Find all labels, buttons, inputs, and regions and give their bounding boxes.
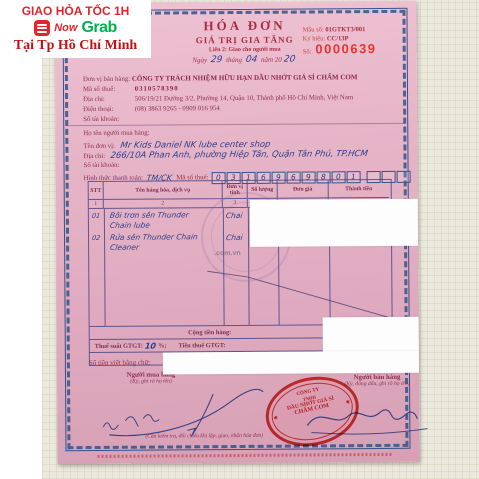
- buyer-unit-handwriting: Mr Kids Daniel NK lube center shop: [120, 139, 271, 150]
- watermark-text: .com.vn: [214, 250, 241, 257]
- buyer-address-handwriting: 266/10A Phan Anh, phường Hiệp Tân, Quận …: [110, 149, 369, 161]
- col-amount: Thành tiền: [329, 180, 389, 198]
- promo-banner: GIAO HỎA TỐC 1H Now Grab Tại Tp Hồ Chí M…: [0, 0, 151, 58]
- col-name: Tên hàng hóa, dịch vụ: [104, 181, 223, 200]
- printer-info-line: [98, 453, 392, 458]
- row1-stt: 01: [91, 212, 100, 220]
- invoice-paper: .com.vn HÓA ĐƠN GIÁ TRỊ GIA TĂNG Liên 2:…: [54, 1, 419, 465]
- handwritten-month: 04: [245, 55, 258, 65]
- redaction-block-words: [163, 351, 419, 375]
- buyer-section: Họ tên người mua hàng: Tên đơn vị: Mr Ki…: [83, 128, 415, 185]
- mst-box: [396, 170, 410, 182]
- vat-rate-handwriting: 10: [144, 341, 156, 350]
- seller-phone: (08) 3863 9265 - 0909 016 954: [135, 105, 220, 113]
- handwritten-day: 29: [210, 55, 223, 65]
- form-value: 01GTKT3/001: [325, 26, 365, 33]
- now-label: Now: [54, 22, 77, 34]
- brand-row: Now Grab: [34, 19, 117, 37]
- seller-tax-number: 0310578390: [135, 85, 179, 92]
- seller-section: Đơn vị bán hàng: CÔNG TY TRÁCH NHIỆM HỮU…: [83, 72, 407, 125]
- number-label: Số:: [303, 47, 312, 56]
- invoice-number: 0000639: [315, 44, 376, 53]
- seller-address: 506/19/21 Đường 3/2, Phường 14, Quận 10,…: [135, 94, 353, 103]
- photo-scene: .com.vn HÓA ĐƠN GIÁ TRỊ GIA TĂNG Liên 2:…: [0, 0, 479, 479]
- seller-company-name: CÔNG TY TRÁCH NHIỆM HỮU HẠN DẦU NHỚT GIÁ…: [132, 73, 358, 83]
- grab-logo: Grab: [81, 19, 116, 37]
- row1-name: Bôi trơn sên Thunder: [109, 210, 189, 220]
- handwritten-year: 20: [283, 55, 296, 65]
- col-price: Đơn giá: [278, 180, 329, 198]
- express-delivery-label: GIAO HỎA TỐC 1H: [22, 4, 130, 18]
- invoice-meta: Mẫu số: 01GTKT3/001 Ký hiệu: CC/13P Số: …: [303, 25, 411, 57]
- city-label: Tại Tp Hồ Chí Minh: [14, 38, 137, 54]
- amount-in-words-label: Số tiền viết bằng chữ:: [89, 359, 150, 367]
- now-logo-icon: [34, 20, 50, 36]
- col-stt: STT: [89, 182, 104, 200]
- form-label: Mẫu số:: [303, 26, 324, 33]
- redaction-block-totals: [323, 317, 419, 356]
- redaction-block-items: [250, 199, 418, 247]
- buyer-signature-handwriting: [95, 384, 275, 443]
- row1-name2: Chain lube: [109, 221, 150, 230]
